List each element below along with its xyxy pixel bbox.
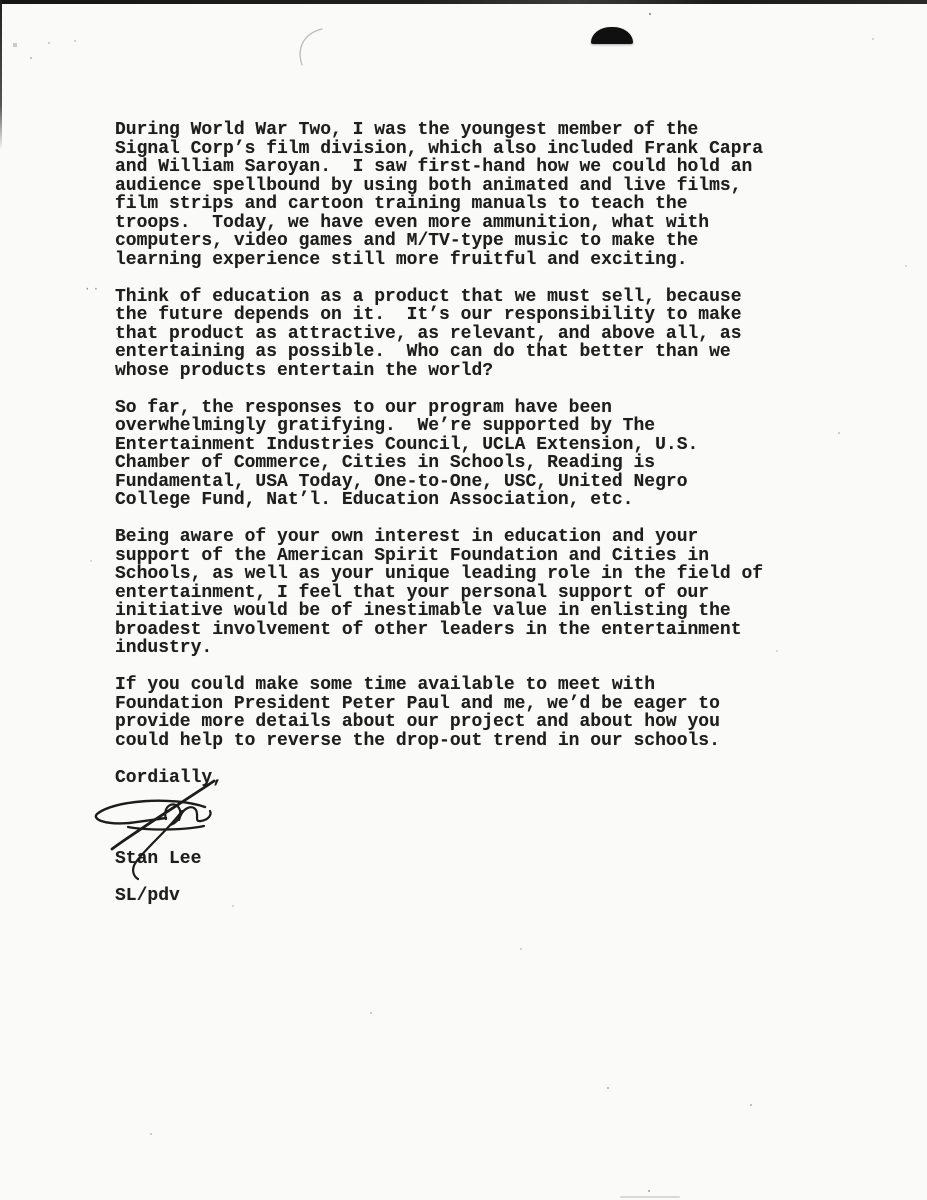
scan-edge-top (0, 0, 927, 4)
letter-paragraph-5: If you could make some time available to… (115, 676, 805, 750)
letter-paragraph-2: Think of education as a product that we … (115, 288, 805, 381)
ditto-marks: ·· (84, 284, 101, 296)
scan-bottom-smudge (620, 1196, 680, 1198)
pencil-arc-mark (292, 26, 337, 68)
closing-salutation: Cordially, (115, 769, 805, 788)
letter-body: During World War Two, I was the youngest… (115, 121, 805, 924)
letter-page: ·· During World War Two, I was the young… (0, 0, 927, 1200)
letter-paragraph-1: During World War Two, I was the youngest… (115, 121, 805, 269)
letter-paragraph-3: So far, the responses to our program hav… (115, 399, 805, 510)
scan-speckles (0, 0, 2, 2)
typist-initials: SL/pdv (115, 887, 805, 906)
binder-hole-mark (591, 27, 633, 44)
signer-name: Stan Lee (115, 850, 805, 869)
signature-area (115, 787, 805, 850)
letter-paragraph-4: Being aware of your own interest in educ… (115, 528, 805, 658)
scan-edge-left (0, 0, 2, 150)
